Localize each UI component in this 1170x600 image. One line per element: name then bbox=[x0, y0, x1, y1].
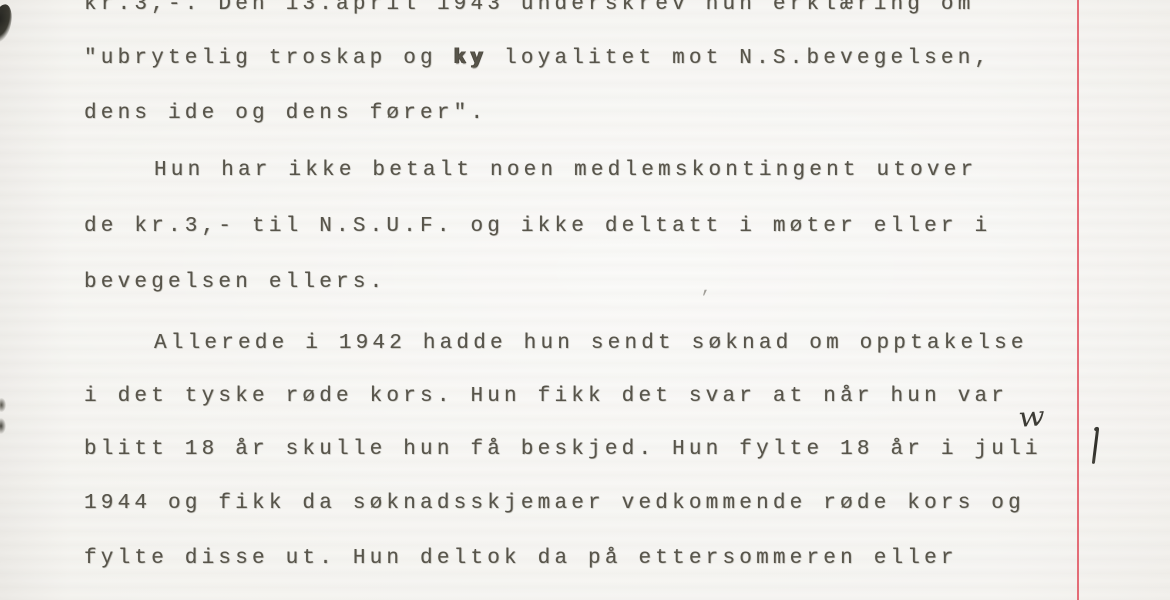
handwritten-annotation: w bbox=[1017, 401, 1046, 434]
text-line: fylte disse ut. Hun deltok da på etterso… bbox=[84, 544, 958, 574]
stray-ink-mark: ‚ bbox=[700, 278, 711, 298]
red-margin-line bbox=[1077, 0, 1079, 600]
text-line: 1944 og fikk da søknadsskjemaer vedkomme… bbox=[84, 489, 1025, 519]
text-line: Hun har ikke betalt noen medlemskontinge… bbox=[154, 156, 977, 186]
typewritten-text-block: kr.3,-. Den 13.april 1943 underskrev hun… bbox=[0, 0, 1170, 600]
text-segment: de kr.3,- til N.S.U.F. og ikke deltatt i… bbox=[84, 215, 991, 238]
text-segment: kr.3,-. Den 13.april 1943 underskrev hun… bbox=[84, 0, 975, 16]
text-segment: loyalitet mot N.S.bevegelsen, bbox=[487, 47, 991, 70]
text-segment: Allerede i 1942 hadde hun sendt søknad o… bbox=[154, 332, 1028, 355]
text-line: bevegelsen ellers. bbox=[84, 268, 386, 298]
document-page: - kr.3,-. Den 13.april 1943 underskrev h… bbox=[0, 0, 1170, 600]
overstruck-text: ky bbox=[454, 47, 488, 70]
text-segment: fylte disse ut. Hun deltok da på etterso… bbox=[84, 547, 958, 570]
text-segment: 1944 og fikk da søknadsskjemaer vedkomme… bbox=[84, 492, 1025, 515]
text-line: dens ide og dens fører". bbox=[84, 99, 487, 129]
text-segment: i det tyske røde kors. Hun fikk det svar… bbox=[84, 385, 1008, 408]
text-line: blitt 18 år skulle hun få beskjed. Hun f… bbox=[84, 435, 1042, 465]
text-line: kr.3,-. Den 13.april 1943 underskrev hun… bbox=[84, 0, 975, 20]
text-line: "ubrytelig troskap og ky loyalitet mot N… bbox=[84, 44, 991, 74]
text-line: i det tyske røde kors. Hun fikk det svar… bbox=[84, 382, 1008, 412]
text-segment: "ubrytelig troskap og bbox=[84, 47, 454, 70]
text-segment: dens ide og dens fører". bbox=[84, 102, 487, 125]
text-segment: bevegelsen ellers. bbox=[84, 271, 386, 294]
text-line: Allerede i 1942 hadde hun sendt søknad o… bbox=[154, 329, 1028, 359]
text-segment: blitt 18 år skulle hun få beskjed. Hun f… bbox=[84, 438, 1042, 461]
text-segment: Hun har ikke betalt noen medlemskontinge… bbox=[154, 159, 977, 182]
text-line: de kr.3,- til N.S.U.F. og ikke deltatt i… bbox=[84, 212, 991, 242]
